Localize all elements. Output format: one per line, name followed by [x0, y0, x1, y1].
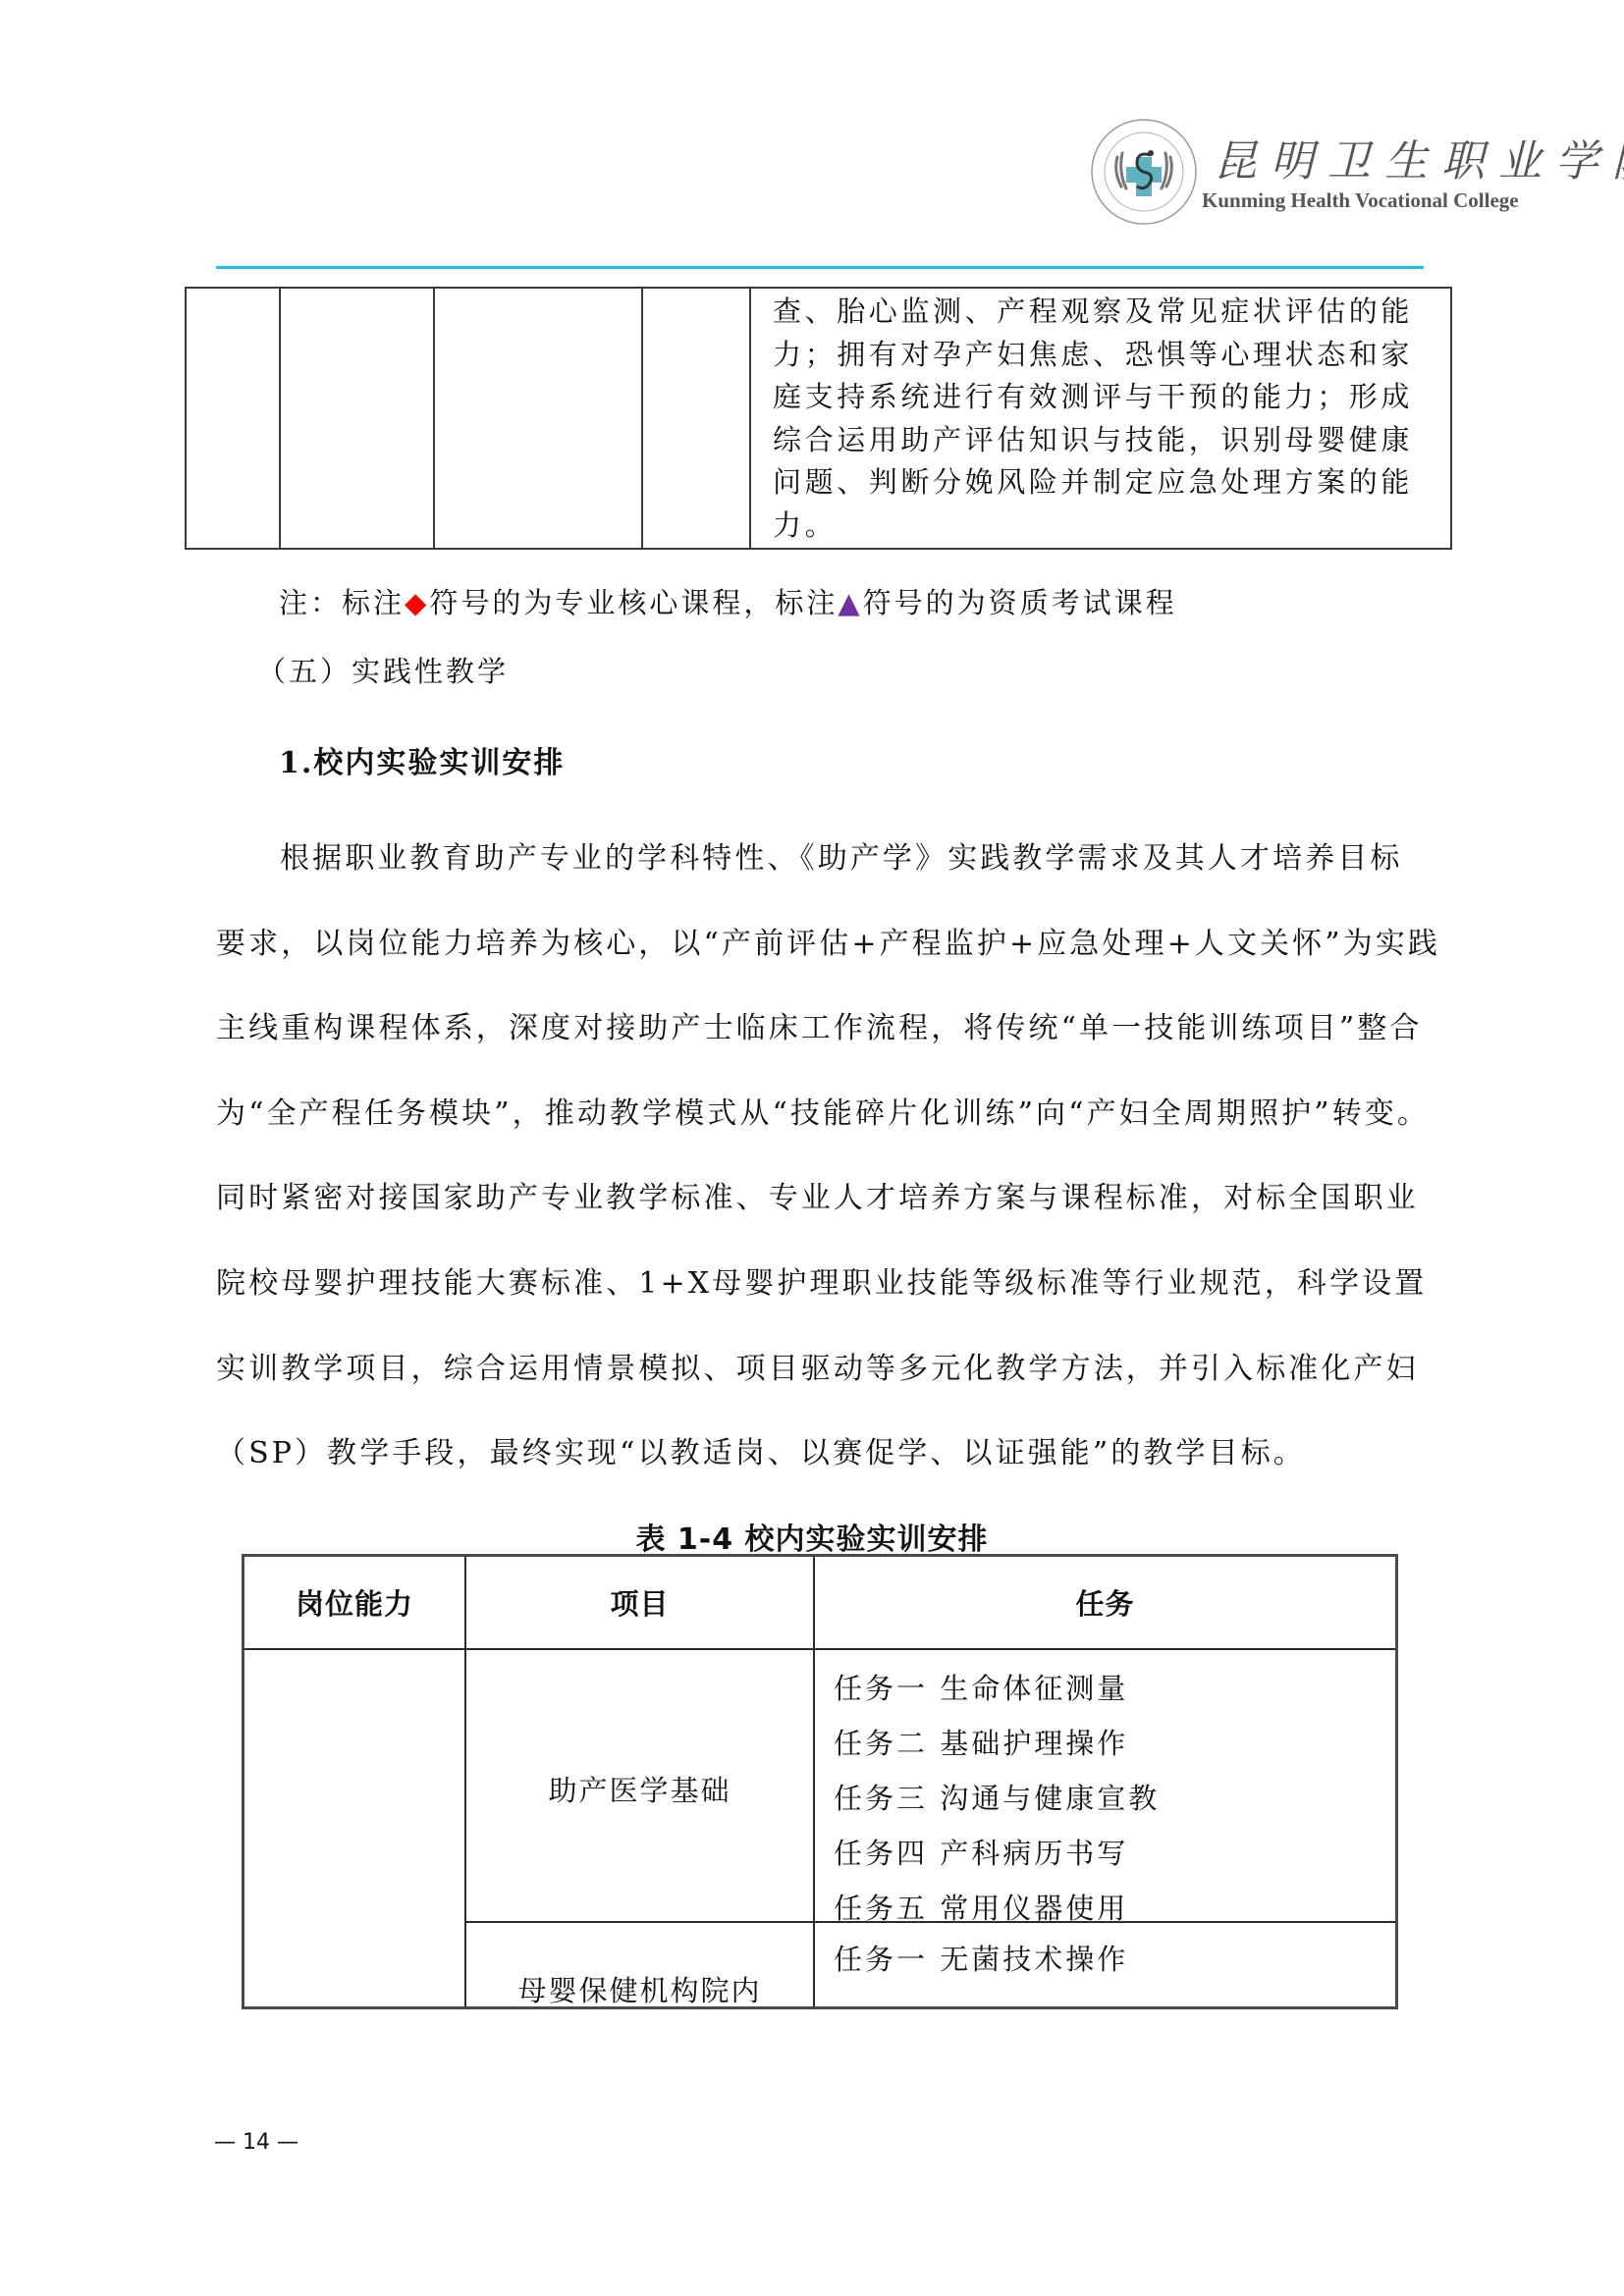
cell-line: 力；拥有对孕产妇焦虑、恐惧等心理状态和家: [773, 334, 1433, 377]
cell-line: 查、胎心监测、产程观察及常见症状评估的能: [773, 291, 1433, 334]
header-competency: 岗位能力: [244, 1557, 464, 1648]
table-column-divider: [433, 289, 435, 548]
table-column-divider: [279, 289, 281, 548]
cell-line: 综合运用助产评估知识与技能，识别母婴健康: [773, 419, 1433, 462]
note-middle: 符号的为专业核心课程，标注: [429, 586, 838, 619]
note-suffix: 符号的为资质考试课程: [863, 586, 1177, 619]
subsection-heading: 1.校内实验实训安排: [279, 738, 565, 781]
paragraph-line: 实训教学项目，综合运用情景模拟、项目驱动等多元化教学方法，并引入标准化产妇: [216, 1327, 1434, 1413]
header-row-divider: [244, 1648, 1395, 1650]
table-column-divider: [641, 289, 643, 548]
training-table: 岗位能力 项目 任务 助产医学基础 任务一 生命体征测量 任务二 基础护理操作 …: [242, 1554, 1398, 2009]
table-note: 注：标注◆符号的为专业核心课程，标注▲符号的为资质考试课程: [279, 581, 1177, 621]
competency-description-cell: 查、胎心监测、产程观察及常见症状评估的能 力；拥有对孕产妇焦虑、恐惧等心理状态和…: [763, 289, 1442, 547]
course-table-continued: 查、胎心监测、产程观察及常见症状评估的能 力；拥有对孕产妇焦虑、恐惧等心理状态和…: [185, 287, 1452, 550]
paragraph-line: 为“全产程任务模块”，推动教学模式从“技能碎片化训练”向“产妇全周期照护”转变。: [216, 1072, 1434, 1157]
note-prefix: 注：标注: [279, 586, 405, 619]
header-task: 任务: [815, 1557, 1395, 1648]
college-name-en: Kunming Health Vocational College: [1202, 188, 1519, 213]
page-number: — 14 —: [214, 2130, 298, 2155]
paragraph-line: （SP）教学手段，最终实现“以教适岗、以赛促学、以证强能”的教学目标。: [216, 1412, 1434, 1497]
section-heading: （五）实践性教学: [257, 650, 509, 690]
task-item: 任务三 沟通与健康宣教: [834, 1771, 1160, 1826]
diamond-icon: ◆: [405, 586, 429, 619]
task-list: 任务一 无菌技术操作: [834, 1932, 1128, 1987]
table-caption: 表 1-4 校内实验实训安排: [0, 1515, 1624, 1558]
college-name-cn: 昆明卫生职业学院: [1214, 126, 1624, 188]
task-item: 任务一 无菌技术操作: [834, 1932, 1128, 1987]
paragraph-line: 根据职业教育助产专业的学科特性、《助产学》实践教学需求及其人才培养目标: [216, 817, 1434, 902]
body-paragraph: 根据职业教育助产专业的学科特性、《助产学》实践教学需求及其人才培养目标 要求，以…: [216, 817, 1434, 1497]
task-item: 任务四 产科病历书写: [834, 1826, 1160, 1881]
cell-line: 问题、判断分娩风险并制定应急处理方案的能: [773, 461, 1433, 505]
paragraph-line: 同时紧密对接国家助产专业教学标准、专业人才培养方案与课程标准，对标全国职业: [216, 1156, 1434, 1242]
project-cell: 母婴保健机构院内: [466, 1969, 813, 2009]
task-item: 任务二 基础护理操作: [834, 1716, 1160, 1771]
table-column-divider: [749, 289, 751, 548]
header-project: 项目: [466, 1557, 813, 1648]
task-item: 任务五 常用仪器使用: [834, 1881, 1160, 1936]
college-seal-logo: [1090, 118, 1198, 226]
paragraph-line: 院校母婴护理技能大赛标准、1+X母婴护理职业技能等级标准等行业规范，科学设置: [216, 1242, 1434, 1327]
task-item: 任务一 生命体征测量: [834, 1661, 1160, 1716]
project-cell: 助产医学基础: [466, 1769, 813, 1809]
seal-icon: [1090, 118, 1198, 226]
paragraph-line: 主线重构课程体系，深度对接助产士临床工作流程，将传统“单一技能训练项目”整合: [216, 987, 1434, 1072]
header-rule: [216, 266, 1424, 269]
cell-line: 力。: [773, 505, 1433, 548]
triangle-icon: ▲: [838, 586, 862, 619]
paragraph-line: 要求，以岗位能力培养为核心，以“产前评估+产程监护+应急处理+人文关怀”为实践: [216, 902, 1434, 988]
cell-line: 庭支持系统进行有效测评与干预的能力；形成: [773, 376, 1433, 419]
task-list: 任务一 生命体征测量 任务二 基础护理操作 任务三 沟通与健康宣教 任务四 产科…: [834, 1661, 1160, 1936]
